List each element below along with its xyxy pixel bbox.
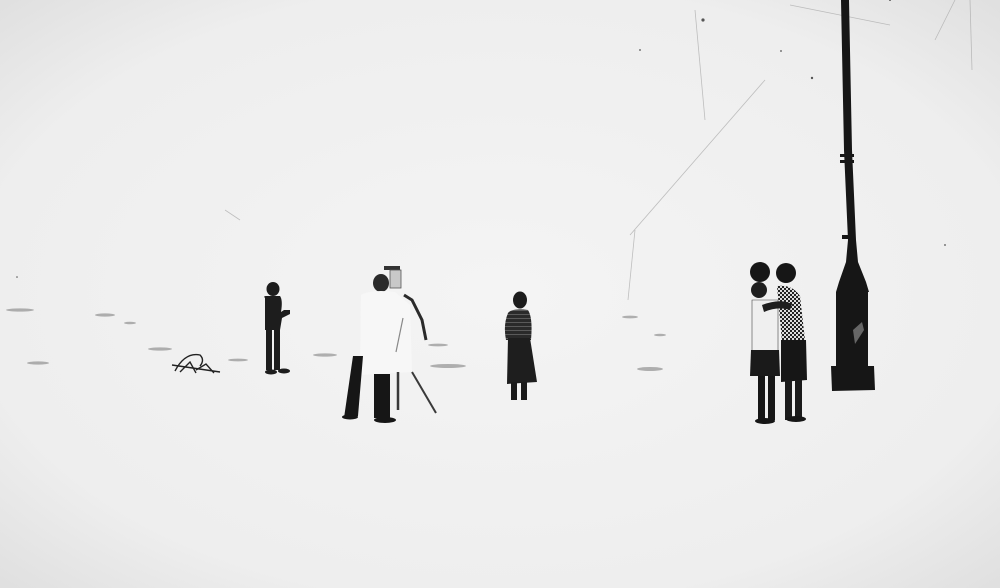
photograph [0,0,1000,588]
